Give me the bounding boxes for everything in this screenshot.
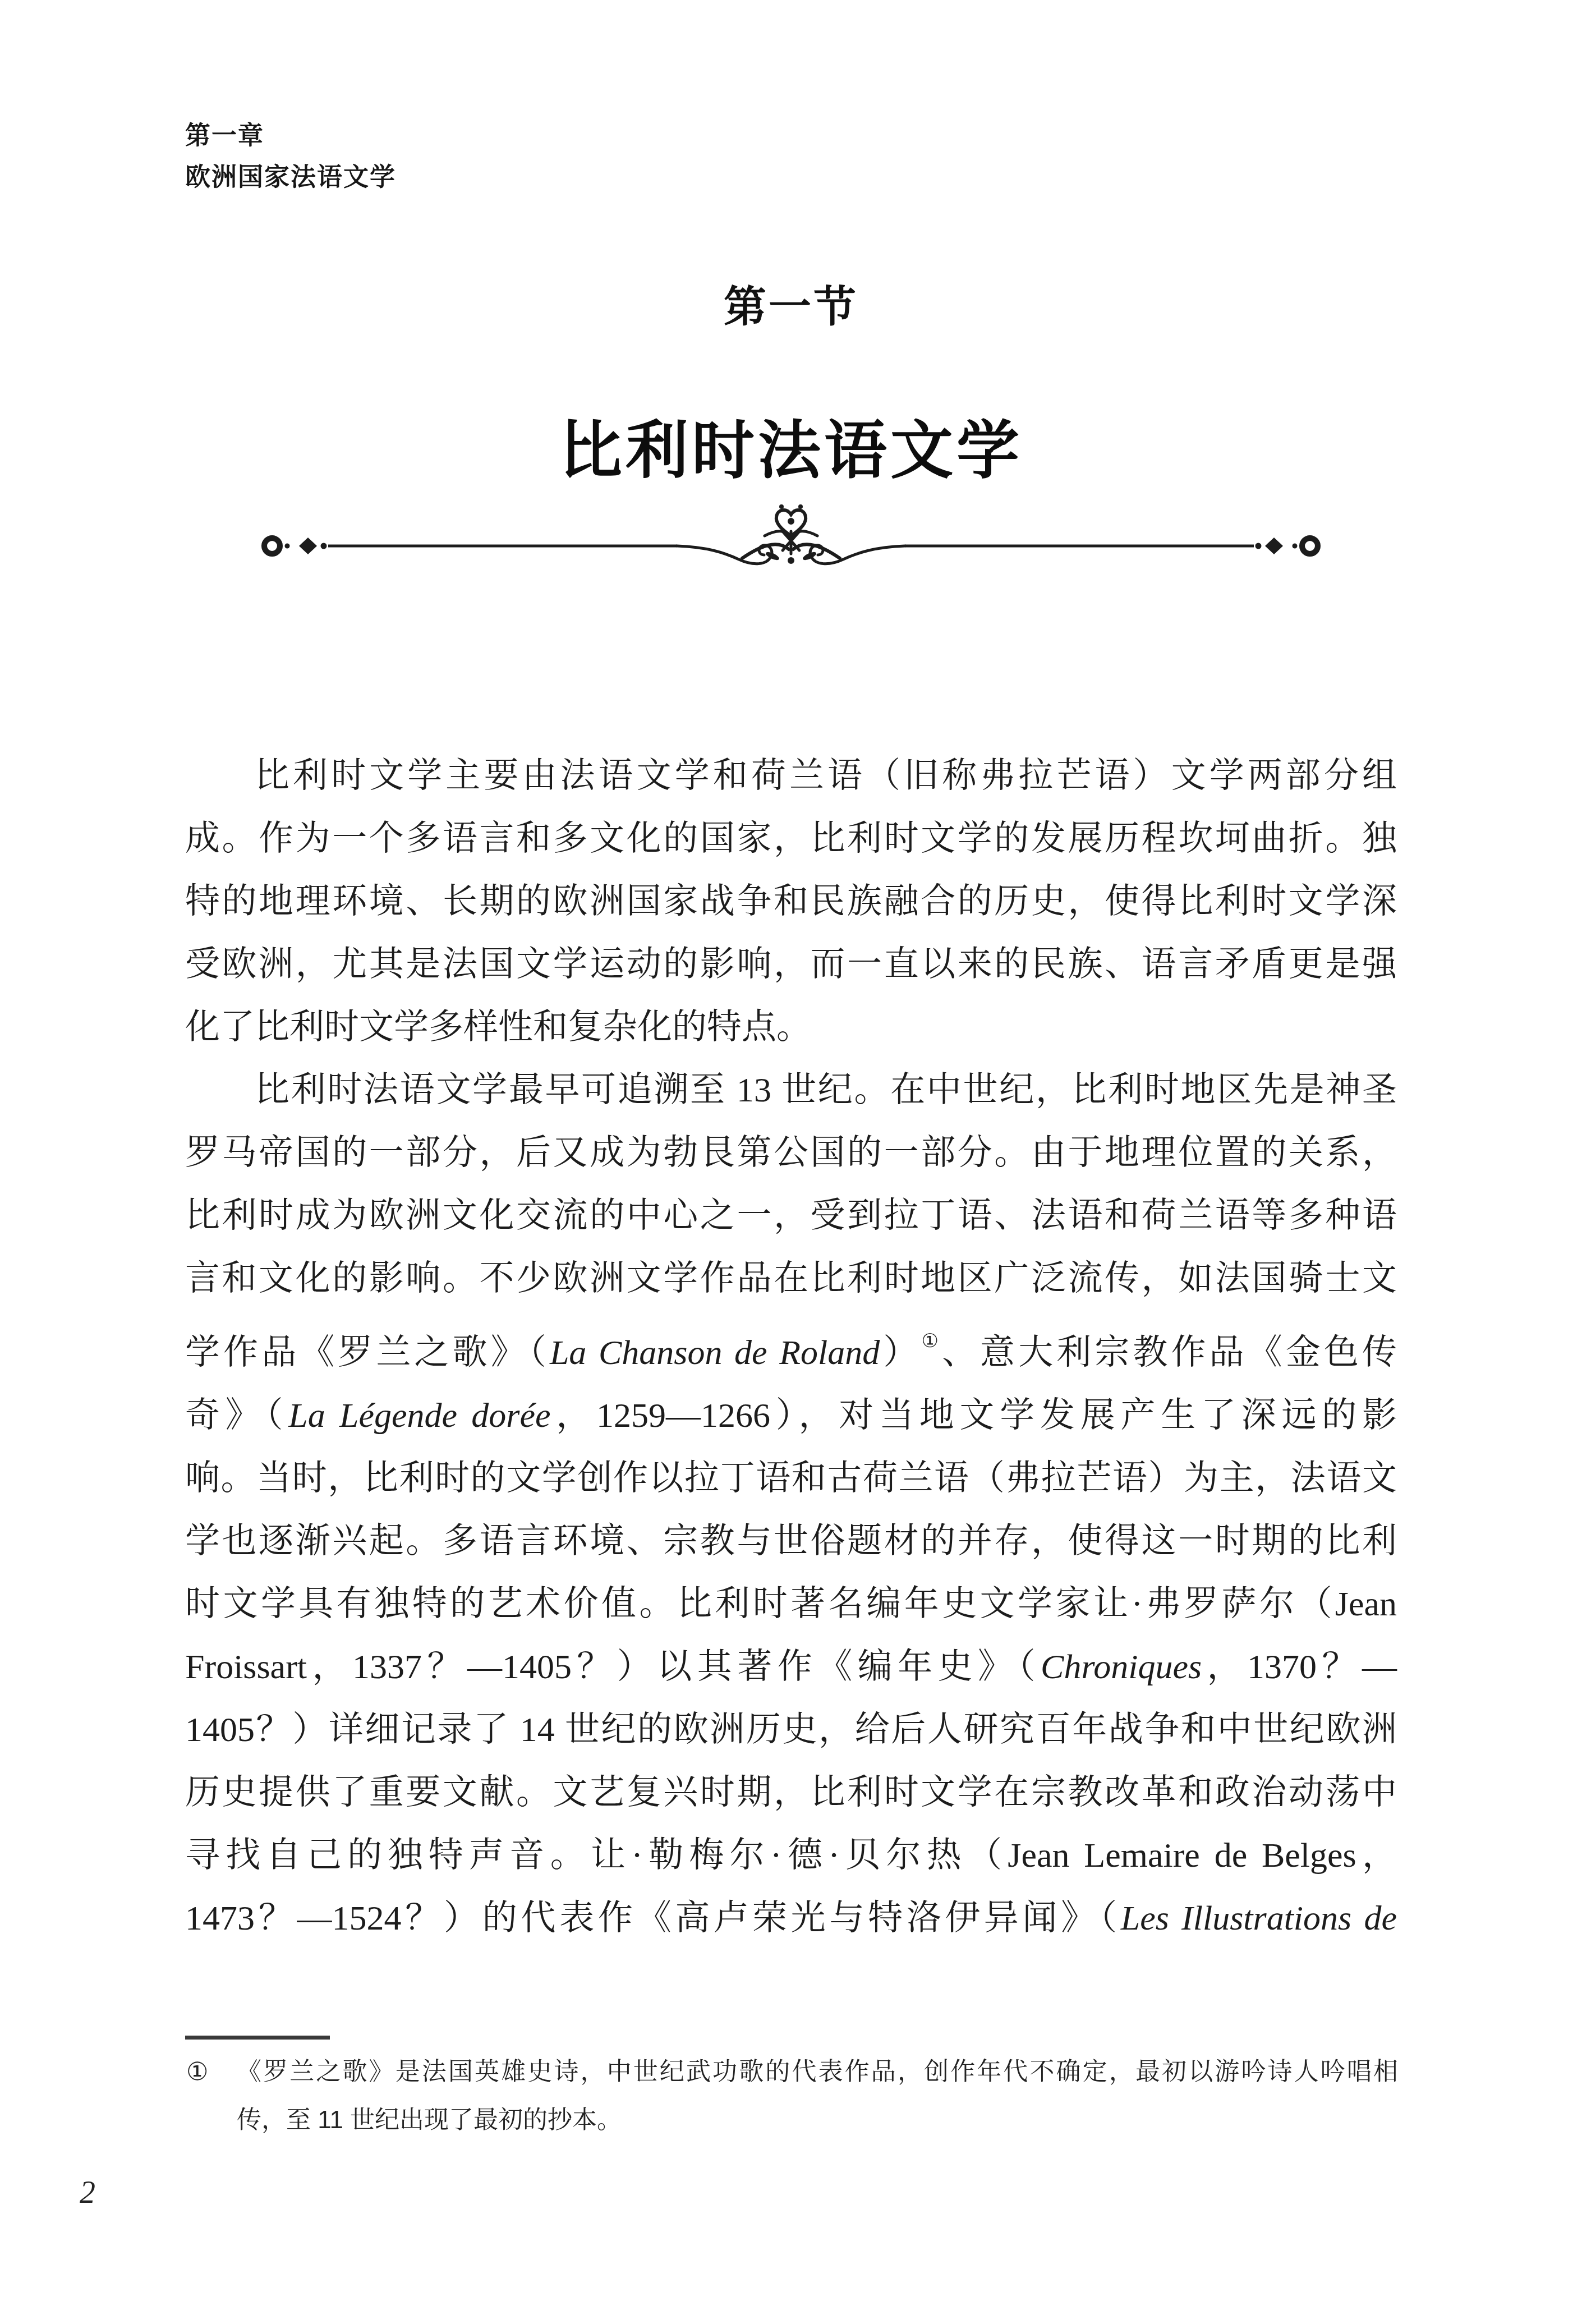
text-line: 奇》（La Légende dorée，1259—1266），对当地文学发展产生… (185, 1384, 1397, 1447)
text-run: 受欧洲，尤其是法国文学运动的影响，而一直以来的民族、语言矛盾更是强 (185, 945, 1397, 984)
text-run: ，1370？— (1202, 1648, 1397, 1686)
text-line: 传，至 11 世纪出现了最初的抄本。 (237, 2096, 1398, 2144)
text-line: 特的地理环境、长期的欧洲国家战争和民族融合的历史，使得比利时文学深 (185, 870, 1397, 933)
divider-ornament (255, 502, 1327, 586)
text-line: 学作品《罗兰之歌》（La Chanson de Roland）①、意大利宗教作品… (185, 1310, 1397, 1384)
text-line: Froissart，1337？—1405？）以其著作《编年史》（Chroniqu… (185, 1636, 1397, 1698)
footnote: ① 《罗兰之歌》是法国英雄史诗，中世纪武功歌的代表作品，创作年代不确定，最初以游… (185, 2048, 1398, 2144)
text-line: 响。当时，比利时的文学创作以拉丁语和古荷兰语（弗拉芒语）为主，法语文 (185, 1447, 1397, 1510)
text-run: 化了比利时文学多样性和复杂化的特点。 (185, 1008, 811, 1046)
text-line: 《罗兰之歌》是法国英雄史诗，中世纪武功歌的代表作品，创作年代不确定，最初以游吟诗… (237, 2048, 1398, 2096)
running-head: 第一章 欧洲国家法语文学 (185, 115, 396, 198)
text-run: Chroniques (1041, 1648, 1202, 1686)
text-run: 比利时文学主要由法语文学和荷兰语（旧称弗拉芒语）文学两部分组 (255, 757, 1397, 795)
text-run: 1473？—1524？）的代表作《高卢荣光与特洛伊异闻》（ (185, 1899, 1121, 1937)
text-run: 、意大利宗教作品《金色传 (942, 1334, 1397, 1372)
text-run: 传，至 11 世纪出现了最初的抄本。 (237, 2106, 622, 2134)
text-run: 寻找自己的独特声音。让·勒梅尔·德·贝尔热（Jean Lemaire de Be… (185, 1836, 1397, 1875)
section-title: 比利时法语文学 (0, 401, 1582, 491)
text-run: Les Illustrations de (1121, 1899, 1397, 1937)
text-line: 1405？）详细记录了 14 世纪的欧洲历史，给后人研究百年战争和中世纪欧洲 (185, 1698, 1397, 1761)
text-line: 学也逐渐兴起。多语言环境、宗教与世俗题材的并存，使得这一时期的比利 (185, 1510, 1397, 1573)
section-label: 第一节 (0, 273, 1582, 334)
text-line: 比利时文学主要由法语文学和荷兰语（旧称弗拉芒语）文学两部分组 (185, 745, 1397, 807)
text-run: 响。当时，比利时的文学创作以拉丁语和古荷兰语（弗拉芒语）为主，法语文 (185, 1459, 1397, 1498)
text-line: 比利时法语文学最早可追溯至 13 世纪。在中世纪，比利时地区先是神圣 (185, 1059, 1397, 1122)
text-line: 时文学具有独特的艺术价值。比利时著名编年史文学家让·弗罗萨尔（Jean (185, 1573, 1397, 1636)
text-run: 特的地理环境、长期的欧洲国家战争和民族融合的历史，使得比利时文学深 (185, 883, 1397, 921)
chapter-label: 第一章 (185, 115, 396, 157)
book-page: 第一章 欧洲国家法语文学 第一节 比利时法语文学 (0, 0, 1582, 2324)
text-run: 历史提供了重要文献。文艺复兴时期，比利时文学在宗教改革和政治动荡中 (185, 1774, 1397, 1812)
text-run: 比利时法语文学最早可追溯至 13 世纪。在中世纪，比利时地区先是神圣 (255, 1071, 1397, 1109)
text-run: 成。作为一个多语言和多文化的国家，比利时文学的发展历程坎坷曲折。独 (185, 820, 1397, 858)
footnote-marker: ① (186, 2048, 208, 2096)
text-line: 历史提供了重要文献。文艺复兴时期，比利时文学在宗教改革和政治动荡中 (185, 1761, 1397, 1824)
footnote-text: 《罗兰之歌》是法国英雄史诗，中世纪武功歌的代表作品，创作年代不确定，最初以游吟诗… (237, 2048, 1398, 2144)
text-line: 化了比利时文学多样性和复杂化的特点。 (185, 996, 1397, 1059)
text-run: 学作品《罗兰之歌》（ (185, 1334, 550, 1372)
text-run: La Chanson de Roland (550, 1334, 880, 1372)
text-line: 罗马帝国的一部分，后又成为勃艮第公国的一部分。由于地理位置的关系， (185, 1122, 1397, 1184)
flourish-rule-icon (255, 502, 1327, 586)
text-line: 1473？—1524？）的代表作《高卢荣光与特洛伊异闻》（Les Illustr… (185, 1887, 1397, 1950)
page-number: 2 (80, 2175, 95, 2211)
footnote-ref-marker: ① (921, 1331, 942, 1352)
text-run: 罗马帝国的一部分，后又成为勃艮第公国的一部分。由于地理位置的关系， (185, 1134, 1397, 1172)
footnote-divider (185, 2036, 330, 2040)
text-run: Froissart，1337？—1405？）以其著作《编年史》（ (185, 1648, 1041, 1686)
text-run: La Légende dorée (288, 1397, 550, 1435)
text-run: 1405？）详细记录了 14 世纪的欧洲历史，给后人研究百年战争和中世纪欧洲 (185, 1711, 1397, 1749)
text-run: 奇》（ (185, 1397, 288, 1435)
text-run: 《罗兰之歌》是法国英雄史诗，中世纪武功歌的代表作品，创作年代不确定，最初以游吟诗… (237, 2058, 1398, 2086)
chapter-title: 欧洲国家法语文学 (185, 157, 396, 198)
text-run: 比利时成为欧洲文化交流的中心之一，受到拉丁语、法语和荷兰语等多种语 (185, 1197, 1397, 1235)
text-run: 言和文化的影响。不少欧洲文学作品在比利时地区广泛流传，如法国骑士文 (185, 1260, 1397, 1298)
text-line: 受欧洲，尤其是法国文学运动的影响，而一直以来的民族、语言矛盾更是强 (185, 933, 1397, 996)
body-text: 比利时文学主要由法语文学和荷兰语（旧称弗拉芒语）文学两部分组成。作为一个多语言和… (185, 745, 1397, 1950)
text-line: 寻找自己的独特声音。让·勒梅尔·德·贝尔热（Jean Lemaire de Be… (185, 1824, 1397, 1887)
text-run: ） (880, 1334, 921, 1372)
text-line: 比利时成为欧洲文化交流的中心之一，受到拉丁语、法语和荷兰语等多种语 (185, 1184, 1397, 1247)
text-run: ，1259—1266），对当地文学发展产生了深远的影 (550, 1397, 1397, 1435)
text-run: 学也逐渐兴起。多语言环境、宗教与世俗题材的并存，使得这一时期的比利 (185, 1522, 1397, 1560)
text-line: 言和文化的影响。不少欧洲文学作品在比利时地区广泛流传，如法国骑士文 (185, 1247, 1397, 1310)
text-run: 时文学具有独特的艺术价值。比利时著名编年史文学家让·弗罗萨尔（Jean (185, 1585, 1397, 1623)
text-line: 成。作为一个多语言和多文化的国家，比利时文学的发展历程坎坷曲折。独 (185, 807, 1397, 870)
